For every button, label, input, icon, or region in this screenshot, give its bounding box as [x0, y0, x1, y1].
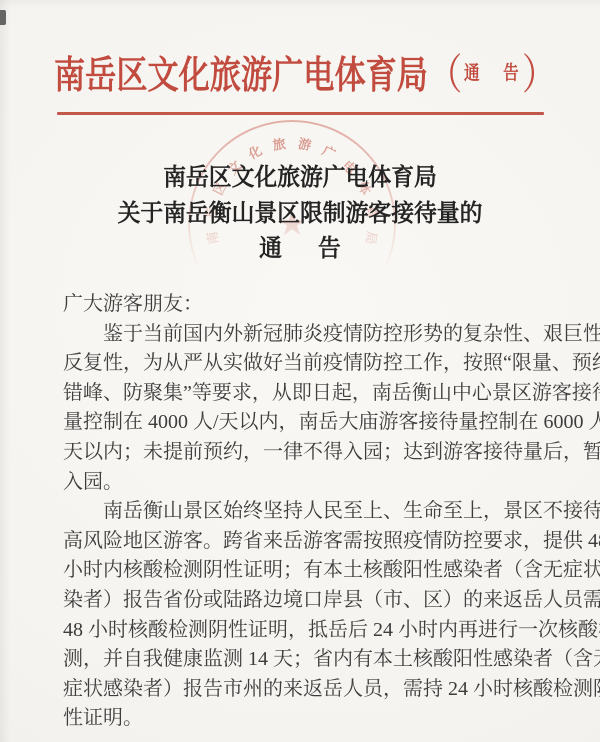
- letterhead-doc-type: 通 告: [464, 63, 529, 84]
- body-line: 48 小时核酸检测阴性证明，抵岳后 24 小时内再进行一次核酸检: [63, 616, 546, 646]
- scanned-notice-page: 南岳区文化旅游广电体育局（通 告） 南岳区文化旅游广电体育局 ★ 南岳区文化旅游…: [0, 0, 600, 742]
- body-line: 性证明。: [63, 704, 546, 734]
- body-line: 量控制在 4000 人/天以内，南岳大庙游客接待量控制在 6000 人/: [63, 408, 546, 438]
- body-line: 染者）报告省份或陆路边境口岸县（市、区）的来返岳人员需持: [63, 586, 546, 616]
- body-line: 广大游客朋友：: [63, 290, 546, 320]
- letterhead-paren-open: （: [428, 53, 462, 99]
- letterhead-divider-rule: [57, 112, 544, 115]
- body-line: 反复性，为从严从实做好当前疫情防控工作，按照“限量、预约、: [63, 349, 546, 379]
- body-line: 症状感染者）报告市州的来返岳人员，需持 24 小时核酸检测阴: [63, 675, 546, 705]
- body-line: 鉴于当前国内外新冠肺炎疫情防控形势的复杂性、艰巨性、: [63, 320, 546, 350]
- notice-body: 广大游客朋友： 鉴于当前国内外新冠肺炎疫情防控形势的复杂性、艰巨性、 反复性，为…: [63, 290, 546, 734]
- document-title: 南岳区文化旅游广电体育局 关于南岳衡山景区限制游客接待量的 通 告: [15, 161, 585, 268]
- body-line: 错峰、防聚集”等要求，从即日起，南岳衡山中心景区游客接待: [63, 379, 546, 409]
- body-line: 南岳衡山景区始终坚持人民至上、生命至上，景区不接待中: [63, 497, 546, 527]
- body-line: 测，并自我健康监测 14 天；省内有本土核酸阳性感染者（含无: [63, 645, 546, 675]
- letterhead-agency-name: 南岳区文化旅游广电体育局: [54, 55, 428, 97]
- document-title-line1: 南岳区文化旅游广电体育局: [15, 161, 585, 197]
- body-line: 高风险地区游客。跨省来岳游客需按照疫情防控要求，提供 48: [63, 527, 546, 557]
- document-title-line3: 通 告: [22, 232, 585, 268]
- letterhead-paren-close: ）: [522, 53, 556, 99]
- body-line: 天以内；未提前预约，一律不得入园；达到游客接待量后，暂停: [63, 438, 546, 468]
- document-title-line2: 关于南岳衡山景区限制游客接待量的: [15, 197, 585, 233]
- body-line: 入园。: [63, 468, 546, 498]
- body-line: 小时内核酸检测阴性证明；有本土核酸阳性感染者（含无症状感: [63, 556, 546, 586]
- letterhead: 南岳区文化旅游广电体育局（通 告）: [54, 46, 546, 104]
- scan-artifact-mark: [0, 10, 6, 25]
